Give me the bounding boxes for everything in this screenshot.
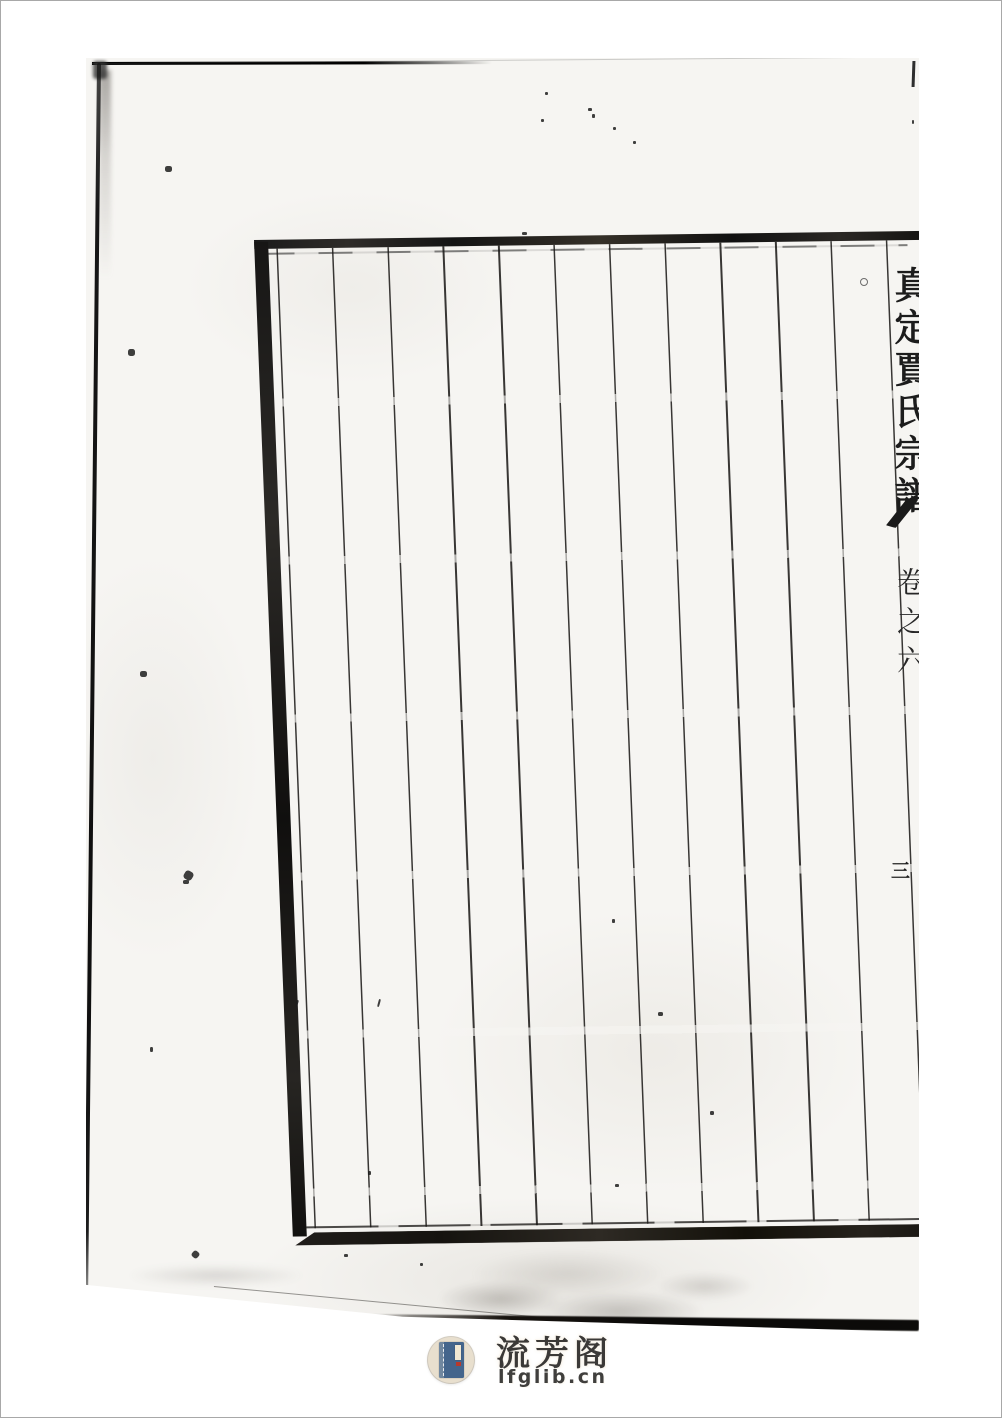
ink-speck [140, 671, 147, 677]
ink-speck [615, 1184, 619, 1187]
ink-speck [522, 232, 527, 235]
ink-speck [912, 120, 914, 124]
ink-speck [633, 141, 636, 144]
ink-speck [165, 166, 172, 172]
ink-speck [613, 127, 616, 130]
corner-ink-smudge [99, 70, 111, 280]
watermark-site-domain: lfglib.cn [498, 1366, 608, 1388]
ink-speck [710, 1111, 714, 1115]
genealogy-scan-sheet: 真定賈氏宗譜 卷之六 三 [86, 58, 919, 1332]
page-left-edge-line [86, 63, 100, 1306]
scanned-book-page-image: 真定賈氏宗譜 卷之六 三 流芳阁 lfglib.cn [0, 0, 1002, 1418]
ink-speck [592, 114, 595, 118]
book-title-text: 真定賈氏宗譜 [888, 266, 919, 518]
watermark: 流芳阁 lfglib.cn [424, 1330, 654, 1402]
ink-speck [128, 349, 135, 356]
ink-speck [150, 1047, 153, 1052]
book-title-slip-icon [455, 1345, 462, 1360]
ink-speck [658, 1012, 663, 1016]
page-number: 三 [891, 856, 910, 883]
ink-speck [541, 119, 544, 122]
page-top-right-tick [912, 61, 916, 87]
watermark-logo-circle [428, 1337, 474, 1383]
ink-speck [612, 919, 615, 923]
ink-speck [183, 880, 189, 884]
thread-bound-book-icon [439, 1342, 464, 1378]
volume-label-text: 卷之六 [893, 567, 919, 684]
ink-speck [588, 108, 592, 111]
ink-speck [420, 1263, 423, 1266]
page-bottom-edge-line [367, 1314, 919, 1331]
bottom-left-speckle [116, 1253, 366, 1298]
ink-ring-speck [860, 278, 868, 286]
grid-column-lines [268, 240, 919, 1228]
ink-speck [344, 1254, 348, 1257]
red-seal-icon [456, 1362, 461, 1367]
ink-speck [368, 1171, 371, 1175]
ink-speck [545, 92, 548, 95]
ruled-column-grid [254, 231, 919, 1246]
